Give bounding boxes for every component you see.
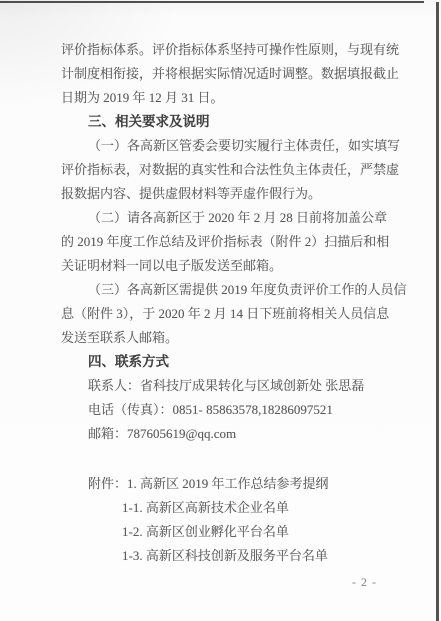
text-line: 发送至联系人邮箱。 <box>61 326 399 350</box>
text-line: （二）请各高新区于 2020 年 2 月 28 日前将加盖公章 <box>61 206 399 230</box>
text-line: 息（附件 3），于 2020 年 2 月 14 日下班前将相关人员信息 <box>61 302 399 326</box>
text-line: 关证明材料一同以电子版发送至邮箱。 <box>61 254 399 278</box>
text-line: （三）各高新区需提供 2019 年度负责评价工作的人员信 <box>61 278 399 302</box>
email-line: 邮箱：787605619@qq.com <box>61 422 399 446</box>
text-line: 日期为 2019 年 12 月 31 日。 <box>61 86 399 110</box>
attachment-item: 1-2. 高新区创业孵化平台名单 <box>61 520 399 544</box>
text-line: 评价指标体系。评价指标体系坚持可操作性原则，与现有统 <box>61 38 399 62</box>
text-line: 的 2019 年度工作总结及评价指标表（附件 2）扫描后和相 <box>61 230 399 254</box>
page-number: - 2 - <box>61 572 399 592</box>
phone-fax-line: 电话（传真）：0851- 85863578,18286097521 <box>61 398 399 422</box>
scanned-document-page: 评价指标体系。评价指标体系坚持可操作性原则，与现有统 计制度相衔接，并将根据实际… <box>0 0 441 621</box>
section-heading-contact: 四、联系方式 <box>61 350 399 374</box>
attachment-label: 附件： <box>88 476 127 491</box>
text-line: 评价指标表，对数据的真实性和合法性负主体责任，严禁虚 <box>61 158 399 182</box>
attachment-list: 附件：1. 高新区 2019 年工作总结参考提纲 1-1. 高新区高新技术企业名… <box>61 472 399 568</box>
document-body: 评价指标体系。评价指标体系坚持可操作性原则，与现有统 计制度相衔接，并将根据实际… <box>61 38 399 592</box>
contact-person-line: 联系人：省科技厅成果转化与区域创新处 张思磊 <box>61 374 399 398</box>
text-line: （一）各高新区管委会要切实履行主体责任，如实填写 <box>61 134 399 158</box>
section-heading-requirements: 三、相关要求及说明 <box>61 110 399 134</box>
attachment-item: 1. 高新区 2019 年工作总结参考提纲 <box>127 476 329 491</box>
attachment-first-line: 附件：1. 高新区 2019 年工作总结参考提纲 <box>61 472 399 496</box>
text-line: 报数据内容、提供虚假材料等弄虚作假行为。 <box>61 182 399 206</box>
text-line: 计制度相衔接，并将根据实际情况适时调整。数据填报截止 <box>61 62 399 86</box>
scan-top-edge-artifact <box>0 1 424 3</box>
attachment-item: 1-3. 高新区科技创新及服务平台名单 <box>61 544 399 568</box>
scan-right-edge-artifact <box>436 2 439 621</box>
attachment-item: 1-1. 高新区高新技术企业名单 <box>61 496 399 520</box>
